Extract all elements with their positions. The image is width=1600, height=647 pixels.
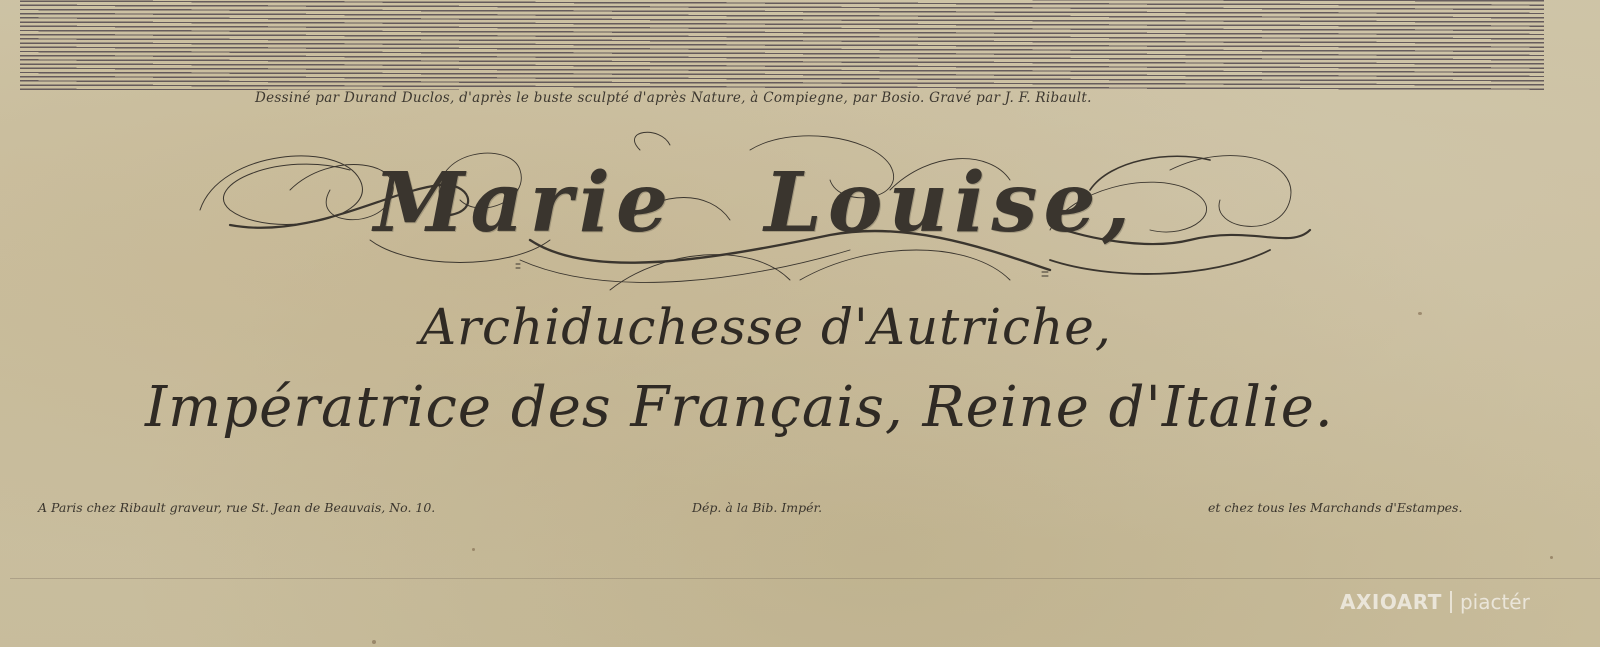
subtitle-archduchess: Archiduchesse d'Autriche, xyxy=(420,298,1112,356)
legal-deposit-note: Dép. à la Bib. Impér. xyxy=(692,500,822,515)
engraving-credit-caption: Dessiné par Durand Duclos, d'après le bu… xyxy=(255,90,1345,106)
axioart-watermark: AXIOARTpiactér xyxy=(1340,590,1530,614)
watermark-brand: AXIOART xyxy=(1340,590,1442,614)
title-cartouche: MarieLouise, xyxy=(190,130,1320,310)
title-word-marie: Marie xyxy=(374,155,674,251)
seller-note: et chez tous les Marchands d'Estampes. xyxy=(1208,500,1462,515)
watermark-subtitle: piactér xyxy=(1460,590,1530,614)
title-word-louise: Louise, xyxy=(764,155,1136,251)
foxing-spot xyxy=(1418,312,1422,315)
plate-mark-line xyxy=(10,578,1600,579)
foxing-spot xyxy=(472,548,475,551)
watermark-separator xyxy=(1450,591,1452,613)
publisher-address: A Paris chez Ribault graveur, rue St. Je… xyxy=(38,500,435,515)
engraved-hatching-band xyxy=(20,0,1544,90)
foxing-spot xyxy=(372,640,376,644)
foxing-spot xyxy=(1550,556,1553,559)
subtitle-empress: Impératrice des Français, Reine d'Italie… xyxy=(145,375,1334,440)
print-title: MarieLouise, xyxy=(190,155,1320,251)
